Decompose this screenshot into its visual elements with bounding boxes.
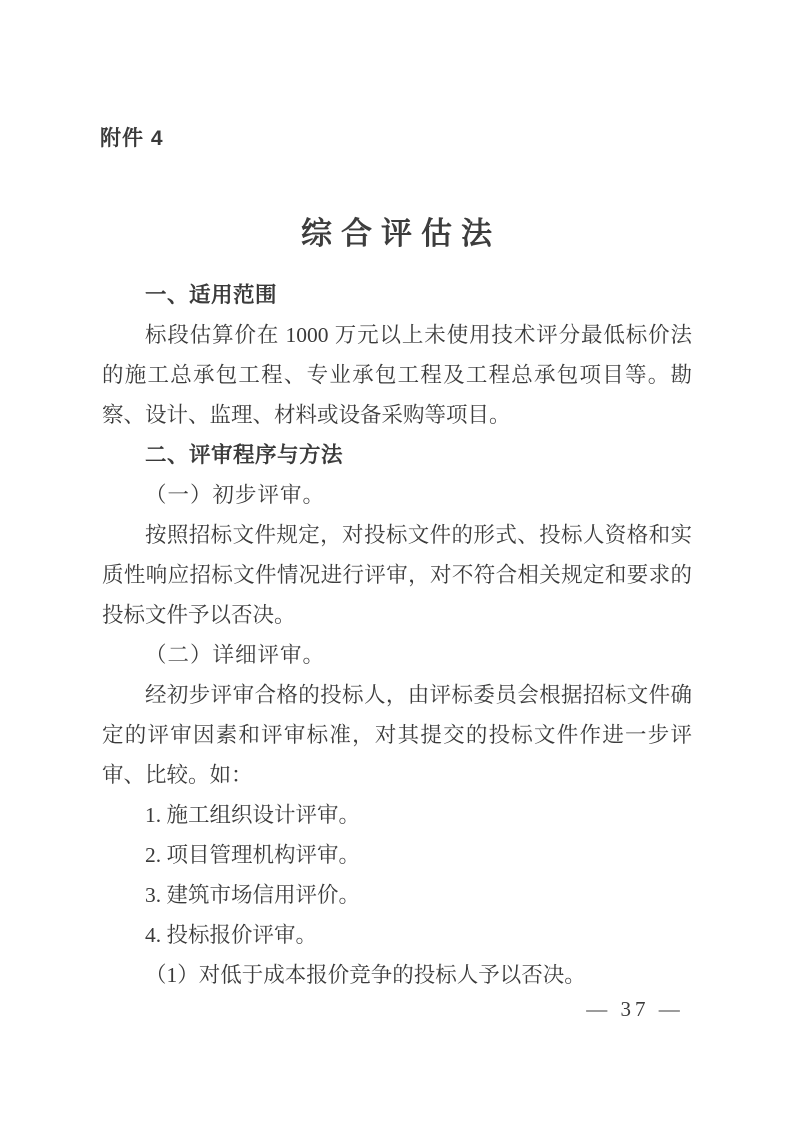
list-item-3: 3. 建筑市场信用评价。	[102, 875, 692, 915]
paragraph-detailed-review: 经初步评审合格的投标人，由评标委员会根据招标文件确定的评审因素和评审标准，对其提…	[102, 675, 692, 795]
list-item-4: 4. 投标报价评审。	[102, 915, 692, 955]
section-heading-procedure: 二、评审程序与方法	[102, 435, 692, 475]
list-item-1: 1. 施工组织设计评审。	[102, 795, 692, 835]
document-title: 综合评估法	[0, 208, 793, 253]
list-item-4-1: （1）对低于成本报价竞争的投标人予以否决。	[102, 955, 692, 995]
section-heading-scope: 一、适用范围	[102, 275, 692, 315]
list-item-2: 2. 项目管理机构评审。	[102, 835, 692, 875]
attachment-label: 附件 4	[100, 122, 164, 152]
page-number: — 37 —	[560, 997, 710, 1022]
sub-heading-preliminary-review: （一）初步评审。	[102, 475, 692, 515]
sub-heading-detailed-review: （二）详细评审。	[102, 635, 692, 675]
paragraph-scope: 标段估算价在 1000 万元以上未使用技术评分最低标价法的施工总承包工程、专业承…	[102, 315, 692, 435]
document-body: 一、适用范围 标段估算价在 1000 万元以上未使用技术评分最低标价法的施工总承…	[102, 275, 692, 995]
paragraph-preliminary-review: 按照招标文件规定，对投标文件的形式、投标人资格和实质性响应招标文件情况进行评审，…	[102, 515, 692, 635]
document-page: 附件 4 综合评估法 一、适用范围 标段估算价在 1000 万元以上未使用技术评…	[0, 0, 793, 1122]
